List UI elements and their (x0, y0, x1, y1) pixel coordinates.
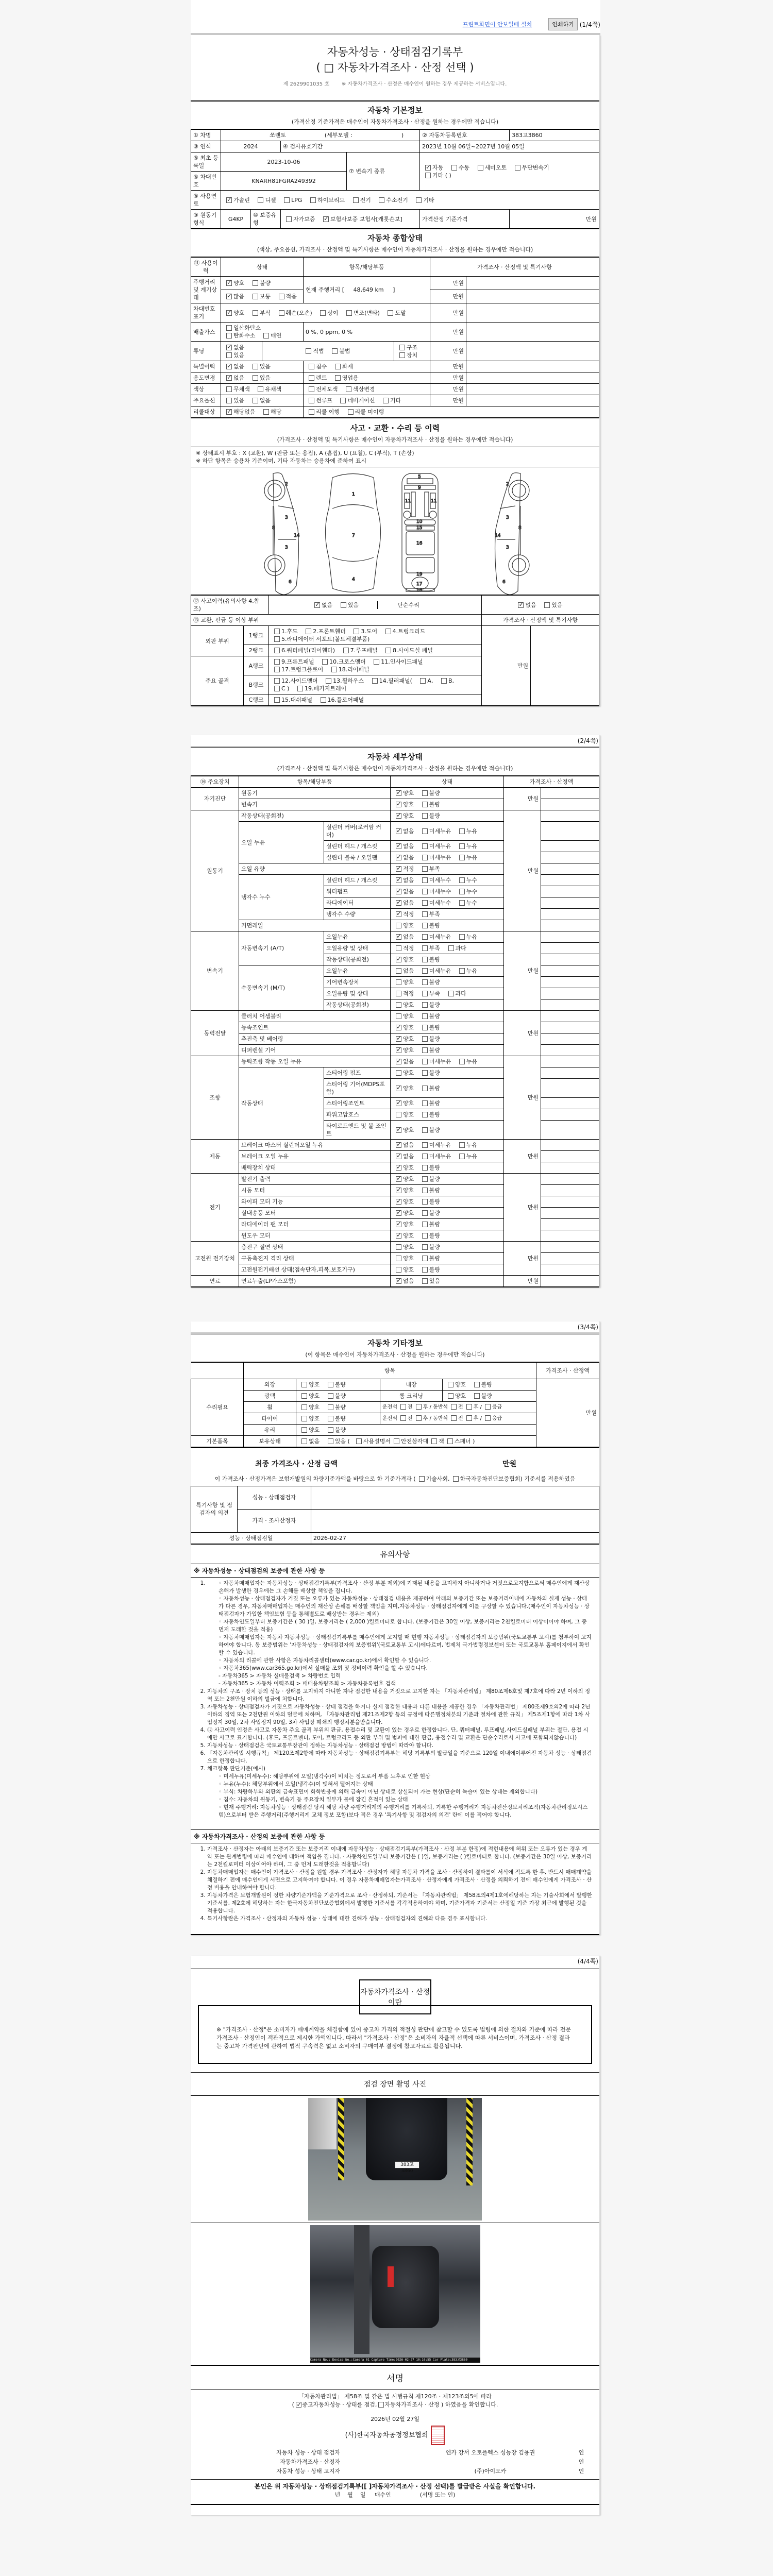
checkbox[interactable] (301, 1404, 307, 1410)
checkbox[interactable] (422, 979, 428, 985)
checkbox[interactable] (396, 802, 401, 807)
checkbox[interactable] (396, 900, 401, 906)
checkbox[interactable] (422, 991, 428, 996)
checkbox[interactable] (335, 375, 341, 381)
checkbox-label: 부족 (429, 911, 440, 918)
checkbox[interactable] (309, 386, 314, 392)
checkbox-label: 양호 (403, 1024, 414, 1031)
checkbox[interactable] (422, 1222, 428, 1227)
checkbox[interactable] (422, 968, 428, 974)
checkbox[interactable] (396, 1188, 401, 1193)
checkbox[interactable] (372, 678, 378, 684)
checkbox-label: 양호 (309, 1381, 320, 1388)
checkbox[interactable] (396, 1112, 401, 1117)
checkbox[interactable] (396, 945, 401, 951)
checkbox[interactable] (422, 1013, 428, 1019)
checkbox[interactable] (396, 1154, 401, 1159)
price-unit: 만원 (504, 810, 541, 931)
checkbox-label: 양호 (403, 1176, 414, 1182)
checkbox[interactable] (396, 813, 401, 819)
checkbox[interactable] (314, 602, 320, 608)
checkbox[interactable] (459, 889, 465, 894)
checkbox[interactable] (422, 1278, 428, 1284)
checkbox[interactable] (478, 165, 483, 171)
checkbox[interactable] (226, 333, 232, 338)
checkbox[interactable] (396, 1070, 401, 1076)
checkbox-label: 양호 (309, 1415, 320, 1422)
checkbox[interactable] (346, 386, 351, 392)
checkbox[interactable] (459, 968, 465, 974)
checkbox[interactable] (422, 1244, 428, 1250)
checkbox[interactable] (388, 310, 393, 316)
checkbox[interactable] (425, 173, 431, 178)
checkbox[interactable] (459, 855, 465, 860)
checkbox[interactable] (422, 911, 428, 917)
buyer-signature-line: 년 월 일 매수인 (서명 또는 인) (191, 2490, 599, 2499)
checkbox-label: 양호 (403, 1100, 414, 1107)
detail-item: 연료누출(LP가스포함) (239, 1276, 391, 1287)
checkbox[interactable] (396, 957, 401, 962)
checkbox-label: 적정 (403, 945, 414, 952)
checkbox[interactable] (422, 1267, 428, 1273)
checkbox[interactable] (396, 843, 401, 849)
checkbox[interactable] (274, 678, 280, 684)
checkbox-label: 영업용 (342, 375, 359, 381)
checkbox[interactable] (396, 979, 401, 985)
base-price-label: 가격산정 기준가격 (420, 210, 510, 229)
checkbox[interactable] (343, 648, 349, 653)
checkbox[interactable] (422, 1256, 428, 1261)
svg-text:11: 11 (405, 499, 411, 504)
checkbox[interactable] (309, 409, 314, 415)
checkbox[interactable] (396, 828, 401, 834)
checkbox[interactable] (301, 1438, 307, 1444)
checkbox[interactable] (422, 1086, 428, 1091)
checkbox[interactable] (279, 294, 284, 299)
checkbox[interactable] (274, 697, 280, 703)
checkbox[interactable] (383, 398, 389, 403)
checkbox[interactable] (379, 197, 384, 203)
price-unit: 만원 (504, 931, 541, 1011)
checkbox[interactable] (422, 828, 428, 834)
checkbox[interactable] (422, 1188, 428, 1193)
checkbox[interactable] (396, 1100, 401, 1106)
checkbox-label: 있음 (260, 363, 271, 370)
checkbox[interactable] (422, 855, 428, 860)
checkbox[interactable] (328, 1438, 333, 1444)
checkbox-label: 부족 (429, 866, 440, 872)
checkbox[interactable] (274, 629, 280, 634)
checkbox[interactable] (396, 1047, 401, 1053)
checkbox[interactable] (422, 1127, 428, 1133)
checkbox[interactable] (422, 900, 428, 906)
checkbox[interactable] (422, 1233, 428, 1239)
checkbox-label: 부족 (429, 945, 440, 952)
checkbox[interactable] (301, 1427, 307, 1433)
detail-subtitle: (가격조사 · 산정액 및 특기사항은 매수인이 자동차가격조사 · 산정을 원… (191, 763, 599, 775)
checkbox[interactable] (321, 697, 326, 703)
checkbox[interactable] (226, 398, 232, 403)
checkbox[interactable] (253, 294, 258, 299)
checkbox[interactable] (422, 1047, 428, 1053)
checkbox-price-appraisal[interactable] (378, 2402, 384, 2408)
checkbox-label: 14.필러패널( (379, 677, 412, 684)
checkbox[interactable] (448, 1382, 453, 1387)
checkbox[interactable] (396, 1036, 401, 1042)
checkbox[interactable] (346, 310, 352, 316)
checkbox[interactable] (328, 1416, 333, 1421)
checkbox[interactable] (226, 325, 232, 331)
checkbox[interactable] (396, 877, 401, 883)
checkbox[interactable] (323, 216, 329, 222)
checkbox-used-car-inspection[interactable] (296, 2402, 301, 2408)
detail-subitem: 스티어링 기어(MDPS포함) (324, 1079, 391, 1098)
document-subtitle: ( □ 자동차가격조사 · 산정 선택 ) (191, 60, 599, 75)
detail-item: 커먼레일 (239, 920, 391, 931)
detail-subitem: 라디에이터 (324, 897, 391, 909)
checkbox[interactable] (274, 648, 280, 653)
checkbox[interactable] (422, 877, 428, 883)
checkbox[interactable] (422, 934, 428, 940)
checkbox[interactable] (396, 1233, 401, 1239)
checkbox[interactable] (448, 945, 454, 951)
checkbox[interactable] (322, 659, 328, 665)
vin-label: ⑥ 차대번호 (191, 172, 221, 191)
checkbox[interactable] (340, 398, 346, 403)
checkbox[interactable] (422, 1176, 428, 1182)
checkbox[interactable] (258, 386, 263, 392)
checkbox[interactable] (396, 1025, 401, 1030)
checkbox[interactable] (226, 280, 232, 286)
signature-section: 서명 「자동차관리법」 제58조 및 같은 법 시행규칙 제120조 · 제12… (191, 2365, 599, 2515)
price-note (466, 361, 599, 372)
checkbox[interactable] (226, 409, 232, 415)
print-guide-link[interactable]: 프린트화면이 안보일때 설치 (463, 20, 532, 28)
checkbox-label: 양호 (403, 801, 414, 808)
checkbox-label: 미세누수 (429, 888, 451, 895)
signer-row: 자동차가격조사 · 산정자인 (191, 2458, 599, 2467)
checkbox[interactable] (422, 945, 428, 951)
checkbox[interactable] (422, 1059, 428, 1064)
checkbox[interactable] (263, 409, 269, 415)
checkbox[interactable] (331, 667, 337, 672)
checkbox[interactable] (441, 678, 447, 684)
checkbox[interactable] (422, 1154, 428, 1159)
checkbox[interactable] (396, 1210, 401, 1216)
checkbox-label: B, (448, 677, 454, 684)
checkbox[interactable] (422, 1036, 428, 1042)
checkbox[interactable] (396, 1199, 401, 1205)
checkbox[interactable] (396, 934, 401, 940)
checkbox[interactable] (396, 923, 401, 928)
price-unit: 만원 (430, 290, 466, 303)
checkbox[interactable] (459, 1154, 465, 1159)
checkbox[interactable] (309, 375, 314, 381)
device-group: 연료 (191, 1276, 239, 1287)
checkbox-label: 미세누유 (429, 854, 451, 861)
checkbox[interactable] (301, 1416, 307, 1421)
checkbox[interactable] (422, 1210, 428, 1216)
checkbox-label: 보통 (260, 293, 271, 300)
detail-subitem: 실린더 블록 / 오일팬 (324, 852, 391, 863)
checkbox[interactable] (422, 802, 428, 807)
checkbox[interactable] (399, 352, 405, 358)
checkbox[interactable] (422, 1025, 428, 1030)
checkbox-label: 불량 (429, 801, 440, 808)
checkbox[interactable] (518, 602, 524, 608)
checkbox-label: 불량 (429, 1255, 440, 1262)
checkbox[interactable] (309, 364, 314, 369)
checkbox-label: 색상변경 (353, 386, 375, 393)
checkbox[interactable] (422, 1165, 428, 1171)
checkbox-label: 불량 (429, 1164, 440, 1171)
checkbox[interactable] (253, 364, 258, 369)
checkbox-label: 불량 (429, 922, 440, 929)
checkbox[interactable] (320, 310, 326, 316)
checkbox[interactable] (274, 686, 280, 691)
checkbox-label: 불량 (481, 1393, 492, 1399)
checkbox[interactable] (448, 991, 454, 996)
checkbox[interactable] (451, 165, 457, 171)
checkbox-label: 불량 (429, 1013, 440, 1020)
checkbox-label: 불량 (429, 1187, 440, 1194)
checkbox[interactable] (396, 968, 401, 974)
signer-name: (주)아이오카 (340, 2467, 563, 2476)
checkbox-label: 세미오토 (485, 164, 507, 171)
checkbox[interactable] (396, 889, 401, 894)
checkbox[interactable] (422, 1100, 428, 1106)
appraiser-label: 가격 · 조사산정자 (238, 1509, 311, 1532)
checkbox[interactable] (274, 667, 280, 672)
checkbox[interactable] (354, 629, 359, 634)
detail-item: 브레이크 오일 누유 (239, 1151, 391, 1162)
checkbox[interactable] (385, 648, 391, 653)
checkbox[interactable] (422, 1070, 428, 1076)
checkbox[interactable] (459, 934, 465, 940)
checkbox[interactable] (474, 1393, 480, 1399)
vin-value: KNARH81FGRA249392 (221, 172, 347, 191)
checkbox-label: 7.루프패널 (350, 647, 378, 654)
checkbox[interactable] (422, 866, 428, 872)
checkbox[interactable] (422, 1142, 428, 1148)
detail-item: 작동상태(공회전) (239, 810, 391, 822)
checkbox-label: 없음 (403, 877, 414, 884)
checkbox[interactable] (253, 310, 258, 316)
checkbox[interactable] (396, 1127, 401, 1133)
checkbox[interactable] (284, 197, 290, 203)
checkbox[interactable] (396, 1244, 401, 1250)
opinion-label: 특기사항 및 점검자의 의견 (191, 1486, 238, 1532)
checkbox-label: 없음 (403, 1142, 414, 1148)
checkbox[interactable] (226, 294, 232, 299)
checkbox[interactable] (396, 1256, 401, 1261)
svg-text:17: 17 (416, 582, 422, 587)
checkbox[interactable] (328, 1404, 333, 1410)
checkbox[interactable] (286, 216, 292, 222)
print-button[interactable]: 인쇄하기 (548, 18, 578, 30)
confirm-option-2: 자동차가격조사 · 산정 ) 하였음을 확인합니다. (384, 2401, 498, 2408)
checkbox-engineers-society[interactable] (419, 1476, 425, 1482)
checkbox[interactable] (396, 1176, 401, 1182)
checkbox[interactable] (396, 855, 401, 860)
checkbox[interactable] (332, 348, 338, 354)
checkbox[interactable] (515, 165, 520, 171)
checkbox[interactable] (306, 348, 311, 354)
checkbox[interactable] (396, 1059, 401, 1064)
checkbox-label: 누수 (466, 877, 477, 884)
checkbox[interactable] (396, 1002, 401, 1008)
checkbox[interactable] (459, 1059, 465, 1064)
checkbox[interactable] (226, 386, 232, 392)
detail-item: 디퍼렌셜 기어 (239, 1045, 391, 1056)
first-reg-value: 2023-10-06 (221, 152, 347, 172)
checkbox[interactable] (399, 345, 405, 350)
checkbox[interactable] (396, 911, 401, 917)
checkbox[interactable] (335, 364, 341, 369)
accident-title: 사고 · 교환 · 수리 등 이력 (191, 418, 599, 434)
checkbox[interactable] (226, 197, 232, 203)
checkbox[interactable] (396, 1013, 401, 1019)
checkbox[interactable] (253, 375, 258, 381)
checkbox[interactable] (341, 602, 346, 608)
engine-label: ⑨ 원동기형식 (191, 210, 221, 229)
checkbox-label: 수동 (459, 164, 469, 171)
checkbox[interactable] (353, 197, 359, 203)
checkbox-label: 기타 ( ) (432, 172, 451, 179)
checkbox[interactable] (396, 1142, 401, 1148)
fuel-options: 가솔린 디젤 LPG 하이브리드 전기 수소전기 기타 (221, 191, 599, 210)
checkbox-label: 누유 (466, 968, 477, 974)
checkbox[interactable] (459, 843, 465, 849)
checkbox[interactable] (306, 629, 311, 634)
checkbox[interactable] (459, 900, 465, 906)
checkbox[interactable] (425, 165, 431, 171)
checkbox[interactable] (422, 923, 428, 928)
checkbox[interactable] (396, 1267, 401, 1273)
checkbox[interactable] (263, 333, 269, 338)
checkbox-label: 화재 (342, 363, 353, 370)
checkbox[interactable] (309, 398, 314, 403)
checkbox-label: 없음 (322, 602, 332, 608)
checkbox[interactable] (326, 678, 331, 684)
checkbox[interactable] (310, 197, 316, 203)
checkbox[interactable] (422, 790, 428, 796)
other-info-table: 항목가격조사 · 산정액수리필요외장양호 불량내장양호 불량만원광택양호 불량룸… (191, 1362, 599, 1447)
svg-text:8: 8 (272, 526, 275, 531)
checkbox[interactable] (226, 345, 232, 350)
checkbox-label: 구조 (407, 344, 417, 351)
checkbox-label: 15.대쉬패널 (281, 697, 312, 703)
checkbox[interactable] (422, 843, 428, 849)
checkbox[interactable] (422, 813, 428, 819)
checkbox[interactable] (348, 409, 354, 415)
checkbox[interactable] (422, 957, 428, 962)
checkbox[interactable] (226, 375, 232, 381)
checkbox-label: 썬루프 (316, 397, 332, 404)
checkbox-label: 불량 (429, 1002, 440, 1008)
checkbox-label: 양호 (403, 1002, 414, 1008)
checkbox[interactable] (422, 1112, 428, 1117)
checkbox[interactable] (274, 659, 280, 665)
checkbox-label: 누유 (466, 854, 477, 861)
checkbox[interactable] (301, 1382, 307, 1387)
checkbox[interactable] (416, 197, 422, 203)
checkbox-diagnosis-association[interactable] (453, 1476, 459, 1482)
checkbox-label: 양호 (403, 1070, 414, 1076)
detail-subitem: 오일누유 (324, 965, 391, 977)
checkbox-label: 불량 (429, 1221, 440, 1228)
checkbox-label: 불량 (429, 1100, 440, 1107)
checkbox[interactable] (328, 1382, 333, 1387)
checkbox[interactable] (420, 678, 426, 684)
checkbox[interactable] (459, 1142, 465, 1148)
checkbox-label: 불량 (429, 1244, 440, 1250)
checkbox[interactable] (422, 1002, 428, 1008)
checkbox-label: 누유 (466, 828, 477, 835)
checkbox[interactable] (422, 889, 428, 894)
checkbox[interactable] (328, 1427, 333, 1433)
checkbox-label: 5.라디에이터 서포트(볼트체결부품) (281, 636, 369, 642)
checkbox-label: 기타 (423, 197, 434, 204)
checkbox[interactable] (422, 1199, 428, 1205)
checkbox[interactable] (226, 364, 232, 369)
checkbox[interactable] (258, 197, 263, 203)
checkbox[interactable] (301, 1393, 307, 1399)
checkbox[interactable] (374, 659, 379, 665)
checkbox[interactable] (396, 866, 401, 872)
checkbox[interactable] (459, 877, 465, 883)
checkbox[interactable] (226, 310, 232, 316)
notice-section-2: 가격조사 · 산정자는 아래의 보증기간 또는 보증거리 이내에 자동차성능 ·… (191, 1843, 599, 1935)
checkbox[interactable] (328, 1393, 333, 1399)
detail-item: 윈도우 모터 (239, 1230, 391, 1242)
checkbox-label: 양호 (455, 1381, 466, 1388)
checkbox[interactable] (279, 310, 284, 316)
checkbox[interactable] (396, 1222, 401, 1227)
checkbox[interactable] (226, 352, 232, 358)
checkbox[interactable] (544, 602, 550, 608)
checkbox[interactable] (253, 398, 258, 403)
notice-section-1-title: ※ 자동차성능 · 상태점검의 보증에 관한 사항 등 (191, 1564, 599, 1578)
device-group: 전기 (191, 1174, 239, 1242)
signer-name (340, 2458, 563, 2466)
checkbox[interactable] (474, 1382, 480, 1387)
detail-item: 와이퍼 모터 기능 (239, 1196, 391, 1208)
inspection-date: 2026-02-27 (311, 1532, 599, 1544)
checkbox[interactable] (396, 790, 401, 796)
signer-seal: 인 (563, 2449, 599, 2457)
checkbox[interactable] (274, 636, 280, 642)
checkbox-label: 양호 (403, 1187, 414, 1194)
device-group: 조향 (191, 1056, 239, 1140)
checkbox[interactable] (253, 280, 258, 286)
page-indicator: (1/4쪽) (580, 20, 600, 29)
checkbox[interactable] (448, 1393, 453, 1399)
checkbox[interactable] (396, 1165, 401, 1171)
checkbox-label: 양호 (403, 1198, 414, 1205)
checkbox-label: 적정 (403, 990, 414, 997)
checkbox-label: 양호 (403, 1111, 414, 1118)
checkbox[interactable] (396, 991, 401, 996)
checkbox-label: 불량 (429, 1176, 440, 1182)
checkbox[interactable] (396, 1086, 401, 1091)
checkbox-label: A, (427, 677, 433, 684)
detail-subitem: 오일누유 (324, 931, 391, 943)
checkbox[interactable] (297, 686, 303, 691)
checkbox[interactable] (396, 1278, 401, 1284)
checkbox[interactable] (385, 629, 391, 634)
checkbox[interactable] (459, 828, 465, 834)
